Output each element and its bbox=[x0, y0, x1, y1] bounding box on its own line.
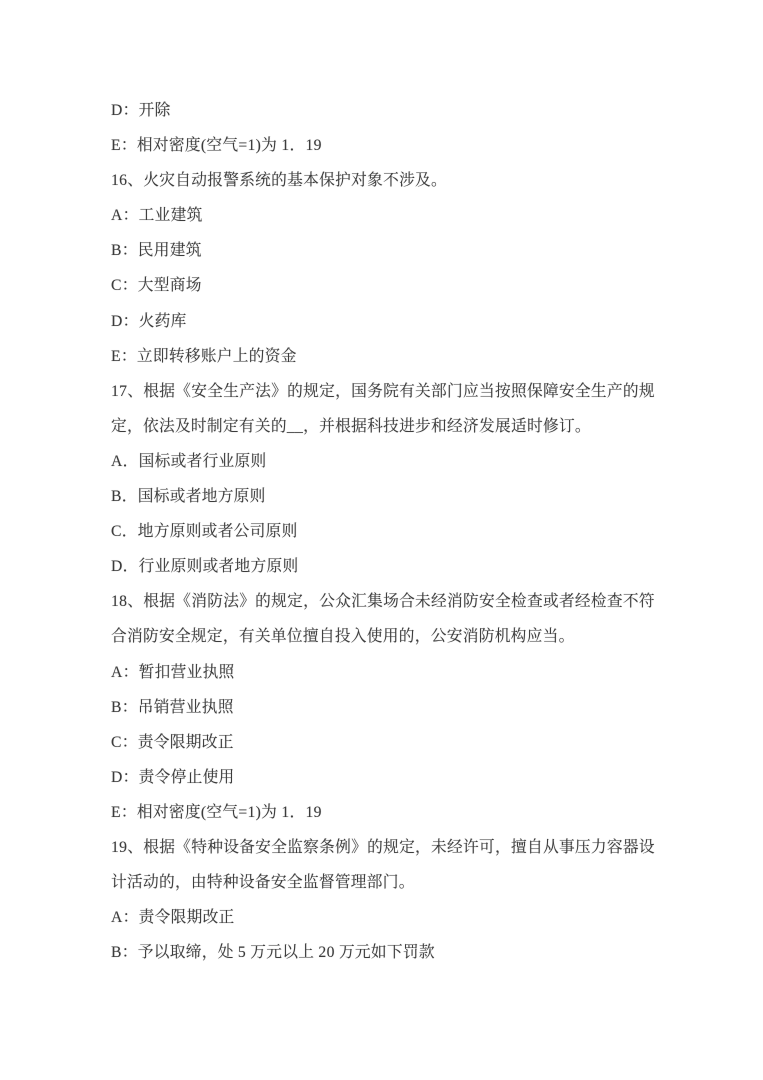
text-line: E：相对密度(空气=1)为 1．19 bbox=[111, 795, 711, 830]
text-line: B：民用建筑 bbox=[111, 233, 711, 268]
text-line: A．国标或者行业原则 bbox=[111, 444, 711, 479]
text-line: A：暂扣营业执照 bbox=[111, 655, 711, 690]
text-line: A：责令限期改正 bbox=[111, 900, 711, 935]
text-line: 18、根据《消防法》的规定，公众汇集场合未经消防安全检查或者经检查不符 bbox=[111, 584, 711, 619]
text-line: D：开除 bbox=[111, 93, 711, 128]
text-line: 定，依法及时制定有关的__，并根据科技进步和经济发展适时修订。 bbox=[111, 409, 711, 444]
text-line: B：予以取缔，处 5 万元以上 20 万元如下罚款 bbox=[111, 935, 711, 970]
text-line: A：工业建筑 bbox=[111, 198, 711, 233]
text-line: C：责令限期改正 bbox=[111, 725, 711, 760]
text-line: 计活动的，由特种设备安全监督管理部门。 bbox=[111, 865, 711, 900]
text-line: 合消防安全规定，有关单位擅自投入使用的，公安消防机构应当。 bbox=[111, 619, 711, 654]
text-line: D：责令停止使用 bbox=[111, 760, 711, 795]
text-line: D：火药库 bbox=[111, 304, 711, 339]
document-text-lines: D：开除E：相对密度(空气=1)为 1．1916、火灾自动报警系统的基本保护对象… bbox=[111, 93, 711, 970]
text-line: C：大型商场 bbox=[111, 268, 711, 303]
text-line: 17、根据《安全生产法》的规定，国务院有关部门应当按照保障安全生产的规 bbox=[111, 374, 711, 409]
text-line: E：立即转移账户上的资金 bbox=[111, 339, 711, 374]
text-line: C．地方原则或者公司原则 bbox=[111, 514, 711, 549]
document-page: D：开除E：相对密度(空气=1)为 1．1916、火灾自动报警系统的基本保护对象… bbox=[0, 0, 763, 1080]
document-viewer: { "page": { "background_color": "#ffffff… bbox=[0, 0, 763, 1080]
text-line: D．行业原则或者地方原则 bbox=[111, 549, 711, 584]
text-line: E：相对密度(空气=1)为 1．19 bbox=[111, 128, 711, 163]
text-line: 19、根据《特种设备安全监察条例》的规定，未经许可，擅自从事压力容器设 bbox=[111, 830, 711, 865]
text-line: B：吊销营业执照 bbox=[111, 690, 711, 725]
text-line: B．国标或者地方原则 bbox=[111, 479, 711, 514]
text-line: 16、火灾自动报警系统的基本保护对象不涉及。 bbox=[111, 163, 711, 198]
